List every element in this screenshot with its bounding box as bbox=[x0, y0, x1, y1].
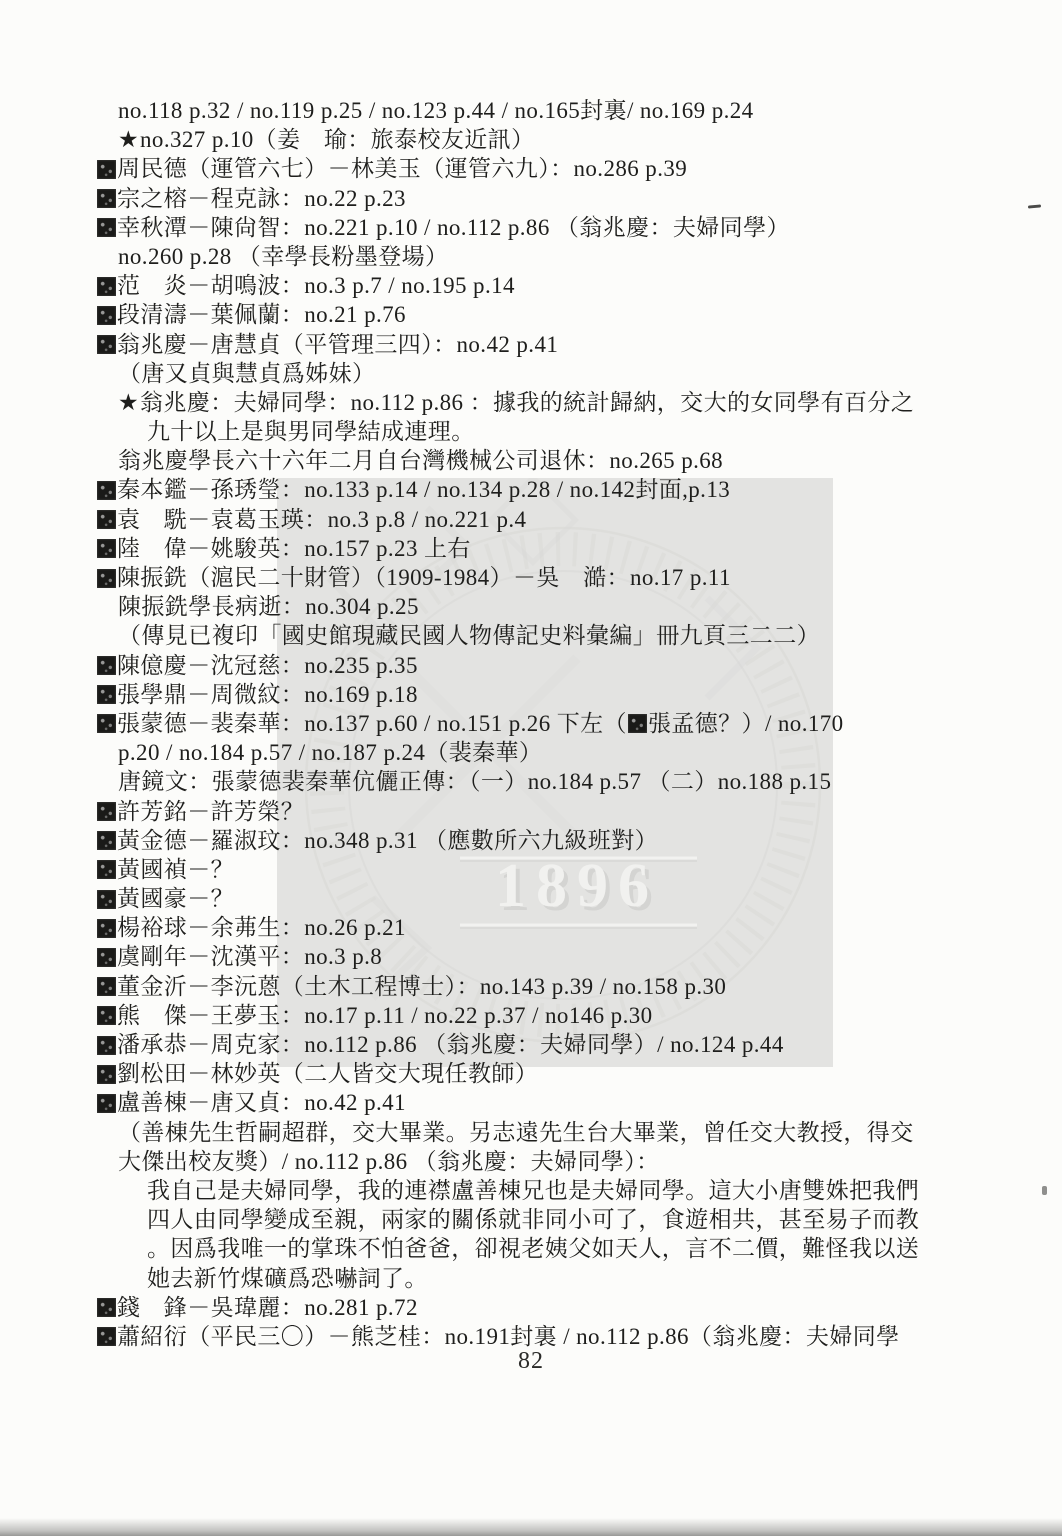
text-line: 范 炎－胡鳴波：no.3 p.7 / no.195 p.14 bbox=[97, 271, 977, 300]
entry-marker-icon bbox=[97, 977, 116, 996]
entry-marker-icon bbox=[97, 1298, 116, 1317]
entry-marker-icon bbox=[97, 1006, 116, 1025]
entry-marker-icon bbox=[97, 539, 116, 558]
text-line: ★no.327 p.10（姜 瑜：旅泰校友近訊） bbox=[97, 125, 977, 154]
entry-marker-icon bbox=[97, 831, 116, 850]
star-icon: ★ bbox=[118, 390, 139, 415]
entry-marker-icon bbox=[97, 685, 116, 704]
entry-marker-icon bbox=[97, 510, 116, 529]
entry-marker-icon bbox=[97, 860, 116, 879]
text-line: 段清濤－葉佩蘭：no.21 p.76 bbox=[97, 300, 977, 329]
scanned-page: 1896 1896 no.118 p.32 / no.119 p.25 / no… bbox=[0, 0, 1062, 1536]
entry-marker-icon bbox=[97, 1065, 116, 1084]
entry-marker-icon bbox=[97, 1036, 116, 1055]
text-line: 唐鏡文：張蒙德裴秦華伉儷正傳：（一）no.184 p.57 （二）no.188 … bbox=[97, 767, 977, 796]
entry-marker-icon bbox=[97, 802, 116, 821]
text-line: 陳振銑（滬民二十財管）（1909-1984）－吳 澔：no.17 p.11 bbox=[97, 563, 977, 592]
page-number: 82 bbox=[0, 1348, 1062, 1375]
entry-marker-icon bbox=[97, 218, 116, 237]
text-line: 潘承恭－周克家：no.112 p.86 （翁兆慶：夫婦同學）/ no.124 p… bbox=[97, 1030, 977, 1059]
text-line: 陳振銑學長病逝：no.304 p.25 bbox=[97, 592, 977, 621]
entry-marker-icon bbox=[97, 306, 116, 325]
entry-marker-icon bbox=[97, 656, 116, 675]
entry-marker-icon bbox=[97, 335, 116, 354]
entry-marker-icon bbox=[97, 948, 116, 967]
text-line: ★翁兆慶：夫婦同學：no.112 p.86 ：據我的統計歸納，交大的女同學有百分… bbox=[97, 388, 977, 417]
text-line: 幸秋潭－陳尙智：no.221 p.10 / no.112 p.86 （翁兆慶：夫… bbox=[97, 213, 977, 242]
entry-marker-icon bbox=[628, 714, 647, 733]
text-line: 。因爲我唯一的掌珠不怕爸爸，卻視老姨父如天人，言不二價，難怪我以送 bbox=[97, 1234, 977, 1263]
text-line: （唐又貞與慧貞爲姊妹） bbox=[97, 359, 977, 388]
star-icon: ★ bbox=[118, 127, 139, 152]
text-line: 大傑出校友獎）/ no.112 p.86 （翁兆慶：夫婦同學）： bbox=[97, 1147, 977, 1176]
text-line: 袁 駪－袁葛玉瑛：no.3 p.8 / no.221 p.4 bbox=[97, 505, 977, 534]
text-line: 四人由同學變成至親，兩家的關係就非同小可了，食遊相共，甚至易子而教 bbox=[97, 1205, 977, 1234]
entry-marker-icon bbox=[97, 890, 116, 909]
text-line: 董金沂－李沅蒽（土木工程博士）：no.143 p.39 / no.158 p.3… bbox=[97, 972, 977, 1001]
text-line: （善棟先生哲嗣超群，交大畢業。另志遠先生台大畢業，曾任交大教授，得交 bbox=[97, 1118, 977, 1147]
text-line: 楊裕球－余茀生：no.26 p.21 bbox=[97, 913, 977, 942]
entry-marker-icon bbox=[97, 1327, 116, 1346]
text-line: 虞剛年－沈漢平：no.3 p.8 bbox=[97, 942, 977, 971]
text-line: 錢 鋒－吳瑋麗：no.281 p.72 bbox=[97, 1293, 977, 1322]
text-line: 張學鼎－周微紋：no.169 p.18 bbox=[97, 680, 977, 709]
entry-marker-icon bbox=[97, 481, 116, 500]
entry-marker-icon bbox=[97, 569, 116, 588]
entry-marker-icon bbox=[97, 189, 116, 208]
text-line: 張蒙德－裴秦華：no.137 p.60 / no.151 p.26 下左（張孟德… bbox=[97, 709, 977, 738]
text-line: 翁兆慶學長六十六年二月自台灣機械公司退休：no.265 p.68 bbox=[97, 446, 977, 475]
text-line: 黃金德－羅淑玟：no.348 p.31 （應數所六九級班對） bbox=[97, 826, 977, 855]
text-line: 陳億慶－沈冠慈：no.235 p.35 bbox=[97, 651, 977, 680]
text-line: 許芳銘－許芳榮？ bbox=[97, 797, 977, 826]
entry-marker-icon bbox=[97, 160, 116, 179]
text-line: p.20 / no.184 p.57 / no.187 p.24（裴秦華） bbox=[97, 738, 977, 767]
text-line: 盧善棟－唐又貞：no.42 p.41 bbox=[97, 1088, 977, 1117]
text-line: no.118 p.32 / no.119 p.25 / no.123 p.44 … bbox=[97, 96, 977, 125]
text-line: 黃國豪－？ bbox=[97, 884, 977, 913]
text-line: 她去新竹煤礦爲恐嚇詞了。 bbox=[97, 1264, 977, 1293]
text-line: 翁兆慶－唐慧貞（平管理三四）：no.42 p.41 bbox=[97, 330, 977, 359]
text-line: 宗之榕－程克詠：no.22 p.23 bbox=[97, 184, 977, 213]
directory-listing: no.118 p.32 / no.119 p.25 / no.123 p.44 … bbox=[97, 96, 977, 1351]
entry-marker-icon bbox=[97, 714, 116, 733]
text-line: 周民德（運管六七）－林美玉（運管六九）：no.286 p.39 bbox=[97, 154, 977, 183]
text-line: 黃國禎－？ bbox=[97, 855, 977, 884]
entry-marker-icon bbox=[97, 919, 116, 938]
text-line: 九十以上是與男同學結成連理。 bbox=[97, 417, 977, 446]
text-line: 我自己是夫婦同學，我的連襟盧善棟兄也是夫婦同學。這大小唐雙姝把我們 bbox=[97, 1176, 977, 1205]
scan-artifact bbox=[1042, 1186, 1047, 1195]
text-line: 蕭紹衍（平民三〇）－熊芝桂：no.191封裏 / no.112 p.86（翁兆慶… bbox=[97, 1322, 977, 1351]
text-line: 陸 偉－姚駿英：no.157 p.23 上右 bbox=[97, 534, 977, 563]
text-line: 秦本鑑－孫琇瑩：no.133 p.14 / no.134 p.28 / no.1… bbox=[97, 475, 977, 504]
text-line: no.260 p.28 （幸學長粉墨登場） bbox=[97, 242, 977, 271]
text-line: 熊 傑－王夢玉：no.17 p.11 / no.22 p.37 / no146 … bbox=[97, 1001, 977, 1030]
text-line: 劉松田－林妙英（二人皆交大現任教師） bbox=[97, 1059, 977, 1088]
text-line: （傳見已複印「國史館現藏民國人物傳記史料彙編」冊九頁三二二） bbox=[97, 621, 977, 650]
scan-edge-shadow bbox=[0, 1518, 1062, 1536]
entry-marker-icon bbox=[97, 277, 116, 296]
entry-marker-icon bbox=[97, 1094, 116, 1113]
scan-artifact bbox=[1028, 204, 1041, 208]
